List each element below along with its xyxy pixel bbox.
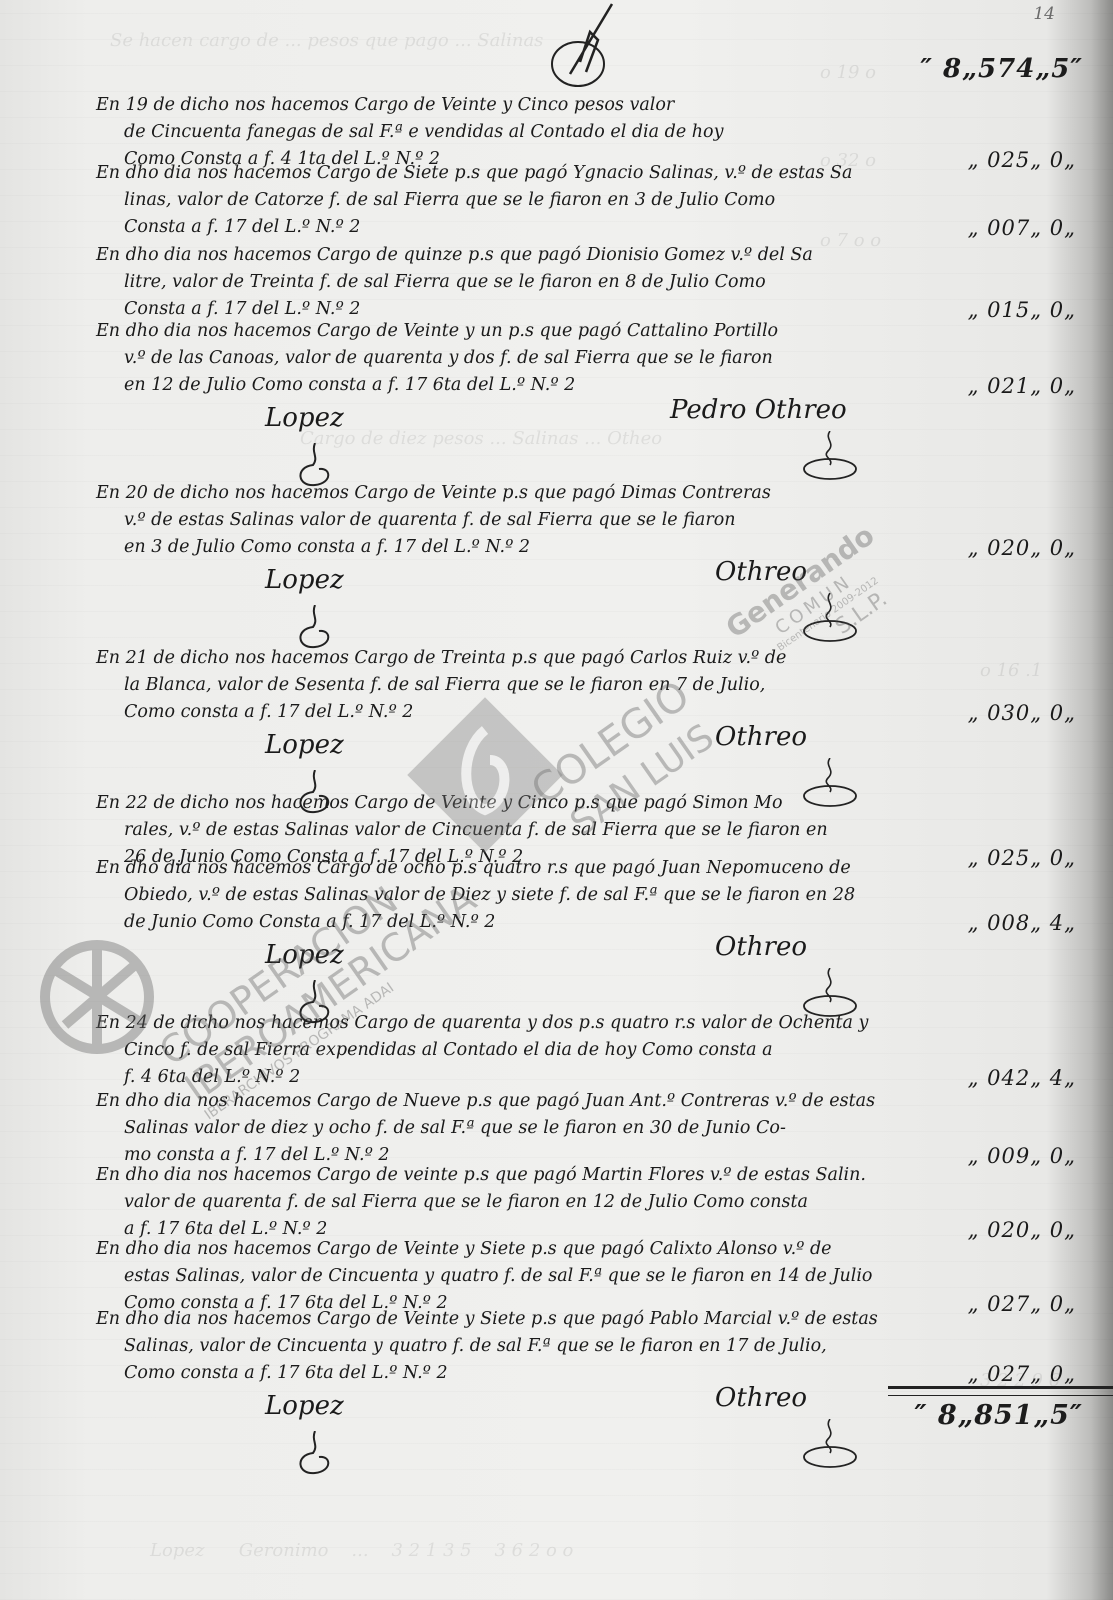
entry-line: valor de quarenta f. de sal Fierra que s… xyxy=(96,1189,1096,1216)
entry-line: de Cincuenta fanegas de sal F.ª e vendid… xyxy=(96,119,1096,146)
entry-line-text: Consta a f. 17 del L.º N.º 2 xyxy=(124,214,360,241)
ledger-entry: En dho dia nos hacemos Cargo de Siete p.… xyxy=(96,160,1096,241)
ledger-entry: En dho dia nos hacemos Cargo de quinze p… xyxy=(96,242,1096,323)
entry-line: Como consta a f. 17 del L.º N.º 2 xyxy=(96,699,1096,726)
entry-line: En dho dia nos hacemos Cargo de Veinte y… xyxy=(96,318,1096,345)
entry-line: En 24 de dicho nos hacemos Cargo de quar… xyxy=(96,1010,1096,1037)
signature-lopez: Lopez xyxy=(265,565,344,595)
entry-line: En dho dia nos hacemos Cargo de Siete p.… xyxy=(96,160,1096,187)
entry-amount: „ 021„ 0„ xyxy=(968,374,1076,398)
entry-amount: „ 007„ 0„ xyxy=(968,216,1076,240)
entry-line: En 19 de dicho nos hacemos Cargo de Vein… xyxy=(96,92,1096,119)
entry-line: Obiedo, v.º de estas Salinas valor de Di… xyxy=(96,882,1096,909)
entry-line: Salinas, valor de Cincuenta y quatro f. … xyxy=(96,1333,1096,1360)
bleed-through-text: Lopez Geronimo ... 3 2 1 3 5 3 6 2 o o xyxy=(150,1540,573,1561)
bleed-through-text: Cargo de diez pesos ... Salinas ... Othe… xyxy=(300,428,662,449)
ledger-entry: En 20 de dicho nos hacemos Cargo de Vein… xyxy=(96,480,1096,561)
bleed-through-text: o 19 o xyxy=(820,62,876,83)
entry-line-text: de Junio Como Consta a f. 17 del L.º N.º… xyxy=(124,909,495,936)
entry-line: linas, valor de Catorze f. de sal Fierra… xyxy=(96,187,1096,214)
ledger-entry: En 24 de dicho nos hacemos Cargo de quar… xyxy=(96,1010,1096,1091)
ledger-entry: En dho dia nos hacemos Cargo de Veinte y… xyxy=(96,318,1096,399)
entry-line: Como consta a f. 17 6ta del L.º N.º 2 xyxy=(96,1360,1096,1387)
page-total: ″ 8„851„5″ xyxy=(914,1400,1083,1431)
entry-line: En dho dia nos hacemos Cargo de Veinte y… xyxy=(96,1306,1096,1333)
signature-othreo: Pedro Othreo xyxy=(670,395,847,425)
othreo-rubric-icon xyxy=(775,1419,885,1469)
signature-lopez: Lopez xyxy=(265,1391,344,1421)
entry-line: la Blanca, valor de Sesenta f. de sal Fi… xyxy=(96,672,1096,699)
entry-line: litre, valor de Treinta f. de sal Fierra… xyxy=(96,269,1096,296)
ledger-entry: En dho dia nos hacemos Cargo de Veinte y… xyxy=(96,1236,1096,1317)
entry-line: de Junio Como Consta a f. 17 del L.º N.º… xyxy=(96,909,1096,936)
entry-amount: „ 020„ 0„ xyxy=(968,536,1076,560)
ledger-entry: En dho dia nos hacemos Cargo de veinte p… xyxy=(96,1162,1096,1243)
entry-line: En dho dia nos hacemos Cargo de Veinte y… xyxy=(96,1236,1096,1263)
ledger-entry: En dho dia nos hacemos Cargo de Veinte y… xyxy=(96,1306,1096,1387)
entry-line-text: f. 4 6ta del L.º N.º 2 xyxy=(124,1064,300,1091)
entry-line: v.º de estas Salinas valor de quarenta f… xyxy=(96,507,1096,534)
entry-line: en 12 de Julio Como consta a f. 17 6ta d… xyxy=(96,372,1096,399)
signature-othreo: Othreo xyxy=(715,722,807,752)
entry-amount: „ 027„ 0„ xyxy=(968,1362,1076,1386)
ledger-page: Se hacen cargo de ... pesos que pago ...… xyxy=(0,0,1113,1600)
colegio-logo-icon xyxy=(400,690,570,860)
signature-othreo: Othreo xyxy=(715,932,807,962)
lopez-rubric-icon xyxy=(285,1431,345,1481)
entry-line: Consta a f. 17 del L.º N.º 2 xyxy=(96,214,1096,241)
entry-line-text: en 3 de Julio Como consta a f. 17 del L.… xyxy=(124,534,530,561)
ledger-entry: En 21 de dicho nos hacemos Cargo de Trei… xyxy=(96,645,1096,726)
entry-amount: „ 042„ 4„ xyxy=(968,1066,1076,1090)
entry-line: En dho dia nos hacemos Cargo de quinze p… xyxy=(96,242,1096,269)
entry-amount: „ 008„ 4„ xyxy=(968,911,1076,935)
folio-number: 14 xyxy=(1033,4,1055,24)
signature-othreo: Othreo xyxy=(715,1383,807,1413)
entry-line: En 21 de dicho nos hacemos Cargo de Trei… xyxy=(96,645,1096,672)
entry-line-text: Como consta a f. 17 del L.º N.º 2 xyxy=(124,699,413,726)
entry-line: f. 4 6ta del L.º N.º 2 xyxy=(96,1064,1096,1091)
iberarchivos-globe-icon xyxy=(35,925,165,1065)
signature-othreo: Othreo xyxy=(715,557,807,587)
entry-line: En dho dia nos hacemos Cargo de veinte p… xyxy=(96,1162,1096,1189)
signature-lopez: Lopez xyxy=(265,940,344,970)
entry-line-text: en 12 de Julio Como consta a f. 17 6ta d… xyxy=(124,372,575,399)
entry-line: En 20 de dicho nos hacemos Cargo de Vein… xyxy=(96,480,1096,507)
entry-line: En 22 de dicho nos hacemos Cargo de Vein… xyxy=(96,790,1096,817)
entry-line: En dho dia nos hacemos Cargo de Nueve p.… xyxy=(96,1088,1096,1115)
entry-line-text: Como consta a f. 17 6ta del L.º N.º 2 xyxy=(124,1360,448,1387)
entry-line: Salinas valor de diez y ocho f. de sal F… xyxy=(96,1115,1096,1142)
entry-line: rales, v.º de estas Salinas valor de Cin… xyxy=(96,817,1096,844)
entry-line: Cinco f. de sal Fierra expendidas al Con… xyxy=(96,1037,1096,1064)
ledger-entry: En dho dia nos hacemos Cargo de ocho p.s… xyxy=(96,855,1096,936)
ledger-entry: En dho dia nos hacemos Cargo de Nueve p.… xyxy=(96,1088,1096,1169)
carried-forward-total: ″ 8„574„5″ xyxy=(920,54,1083,84)
bleed-through-text: Se hacen cargo de ... pesos que pago ...… xyxy=(110,30,543,51)
othreo-rubric-icon xyxy=(775,431,885,481)
entry-line: v.º de las Canoas, valor de quarenta y d… xyxy=(96,345,1096,372)
total-rule xyxy=(888,1386,1113,1396)
entry-line: En dho dia nos hacemos Cargo de ocho p.s… xyxy=(96,855,1096,882)
signature-lopez: Lopez xyxy=(265,403,344,433)
entry-amount: „ 030„ 0„ xyxy=(968,701,1076,725)
entry-line: en 3 de Julio Como consta a f. 17 del L.… xyxy=(96,534,1096,561)
rubric-flourish-icon xyxy=(540,2,620,92)
signature-lopez: Lopez xyxy=(265,730,344,760)
entry-line: estas Salinas, valor de Cincuenta y quat… xyxy=(96,1263,1096,1290)
othreo-rubric-icon xyxy=(775,593,885,643)
